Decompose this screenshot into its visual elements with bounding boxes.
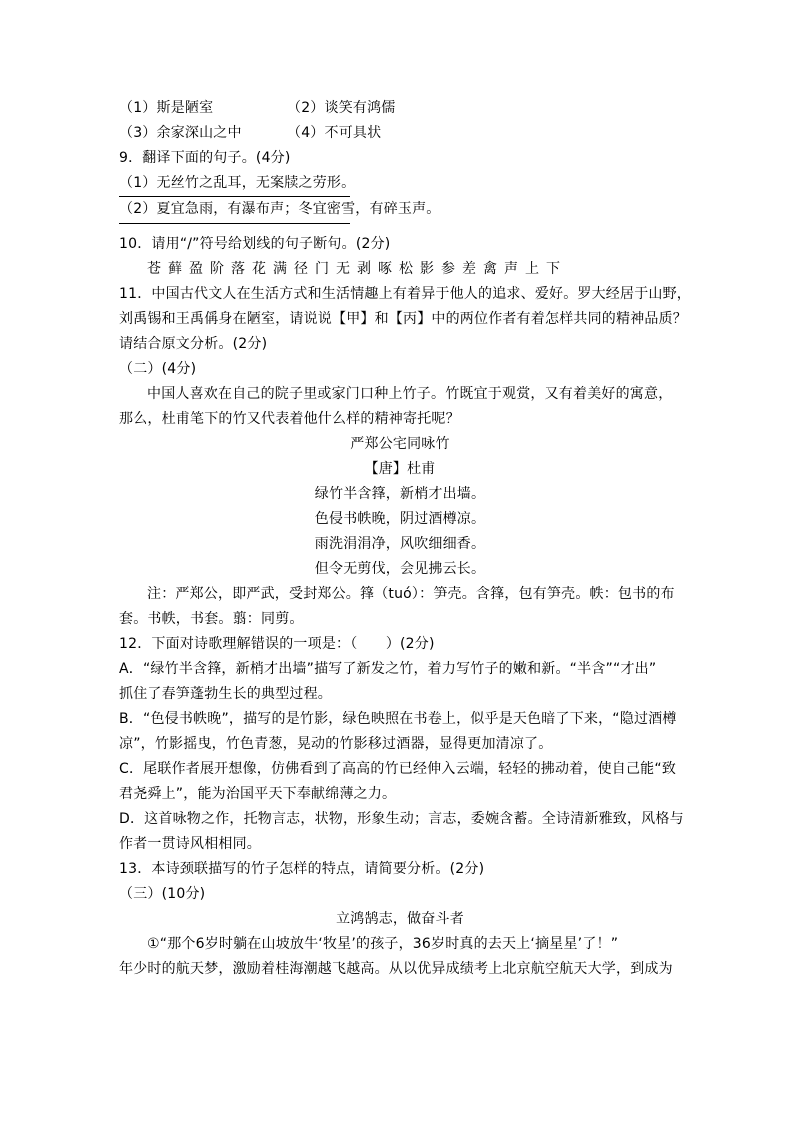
q8-option-4: （4）不可具状 (287, 125, 381, 141)
q11-line-2: 刘禹锡和王禹偁身在陋室，请说说【甲】和【丙】中的两位作者有着怎样共同的精神品质？ (119, 307, 681, 332)
section3-para-2: 年少时的航天梦，激励着桂海潮越飞越高。从以优异成绩考上北京航空航天大学，到成为 (119, 957, 681, 982)
q11-line-1: 11．中国古代文人在生活方式和生活情趣上有着异于他人的追求、爱好。罗大经居于山野… (119, 282, 681, 307)
q12-option-c-1: C．尾联作者展开想像，仿佛看到了高高的竹已经伸入云端，轻轻的拂动着，使自己能“致 (119, 757, 681, 782)
section2-heading: （二）(4分) (119, 357, 681, 382)
q8-options-row-2: （3）余家深山之中（4）不可具状 (119, 121, 681, 146)
q12-option-d-1: D．这首咏物之作，托物言志，状物，形象生动；言志，委婉含蓄。全诗清新雅致，风格与 (119, 807, 681, 832)
poem-line-2: 色侵书帙晚，阴过酒樽凉。 (119, 507, 681, 532)
poem-note-2: 套。书帙，书套。翦：同剪。 (119, 607, 681, 632)
poem-author: 【唐】杜甫 (119, 457, 681, 482)
q10-sentence: 苍藓盈阶落花满径门无剥啄松影参差禽声上下 (119, 257, 681, 282)
q12-option-a-2: 抓住了春笋蓬勃生长的典型过程。 (119, 682, 681, 707)
answer-rule (119, 196, 350, 197)
q9-prompt: 9．翻译下面的句子。(4分) (119, 146, 681, 171)
q9-answer-line-1[interactable] (119, 196, 681, 221)
q11-line-3: 请结合原文分析。(2分) (119, 332, 681, 357)
q12-option-b-1: B．“色侵书帙晚”，描写的是竹影，绿色映照在书卷上，似乎是天色暗了下来，“隐过酒… (119, 707, 681, 732)
section3-title: 立鸿鹄志，做奋斗者 (119, 907, 681, 932)
poem-line-4: 但令无剪伐，会见拂云长。 (119, 557, 681, 582)
poem-note-1: 注：严郑公，即严武，受封郑公。箨（tuó）：笋壳。含箨，包有笋壳。帙：包书的布 (119, 582, 681, 607)
section3-heading: （三）(10分) (119, 882, 681, 907)
q8-option-3: （3）余家深山之中 (119, 121, 287, 146)
q8-options-row-1: （1）斯是陋室（2）谈笑有鸿儒 (119, 96, 681, 121)
section3-para-1: ①“那个6岁时躺在山坡放牛‘牧星’的孩子，36岁时真的去天上‘摘星星’了！” (119, 932, 681, 957)
q12-option-c-2: 君尧舜上”，能为治国平天下奉献绵薄之力。 (119, 782, 681, 807)
q9-item-1: （1）无丝竹之乱耳，无案牍之劳形。 (119, 171, 681, 196)
section2-intro-2: 那么，杜甫笔下的竹又代表着他什么样的精神寄托呢？ (119, 407, 681, 432)
poem-line-1: 绿竹半含箨，新梢才出墙。 (119, 482, 681, 507)
q12-option-b-2: 凉”，竹影摇曳，竹色青葱，晃动的竹影移过酒器，显得更加清凉了。 (119, 732, 681, 757)
poem-line-3: 雨洗涓涓净，风吹细细香。 (119, 532, 681, 557)
section2-intro-1: 中国人喜欢在自己的院子里或家门口种上竹子。竹既宜于观赏，又有着美好的寓意， (119, 382, 681, 407)
q12-option-d-2: 作者一贯诗风相相同。 (119, 832, 681, 857)
q9-answer-line-2[interactable] (119, 223, 681, 248)
answer-rule (119, 223, 350, 224)
q13-prompt: 13．本诗颈联描写的竹子怎样的特点，请简要分析。(2分) (119, 857, 681, 882)
exam-page: （1）斯是陋室（2）谈笑有鸿儒 （3）余家深山之中（4）不可具状 9．翻译下面的… (119, 96, 681, 982)
q8-option-2: （2）谈笑有鸿儒 (287, 100, 396, 116)
q12-prompt: 12．下面对诗歌理解错误的一项是：（ ）(2分) (119, 632, 681, 657)
q12-option-a-1: A．“绿竹半含箨，新梢才出墙”描写了新发之竹，着力写竹子的嫩和新。“半含”“才出… (119, 657, 681, 682)
poem-title: 严郑公宅同咏竹 (119, 432, 681, 457)
q8-option-1: （1）斯是陋室 (119, 96, 287, 121)
